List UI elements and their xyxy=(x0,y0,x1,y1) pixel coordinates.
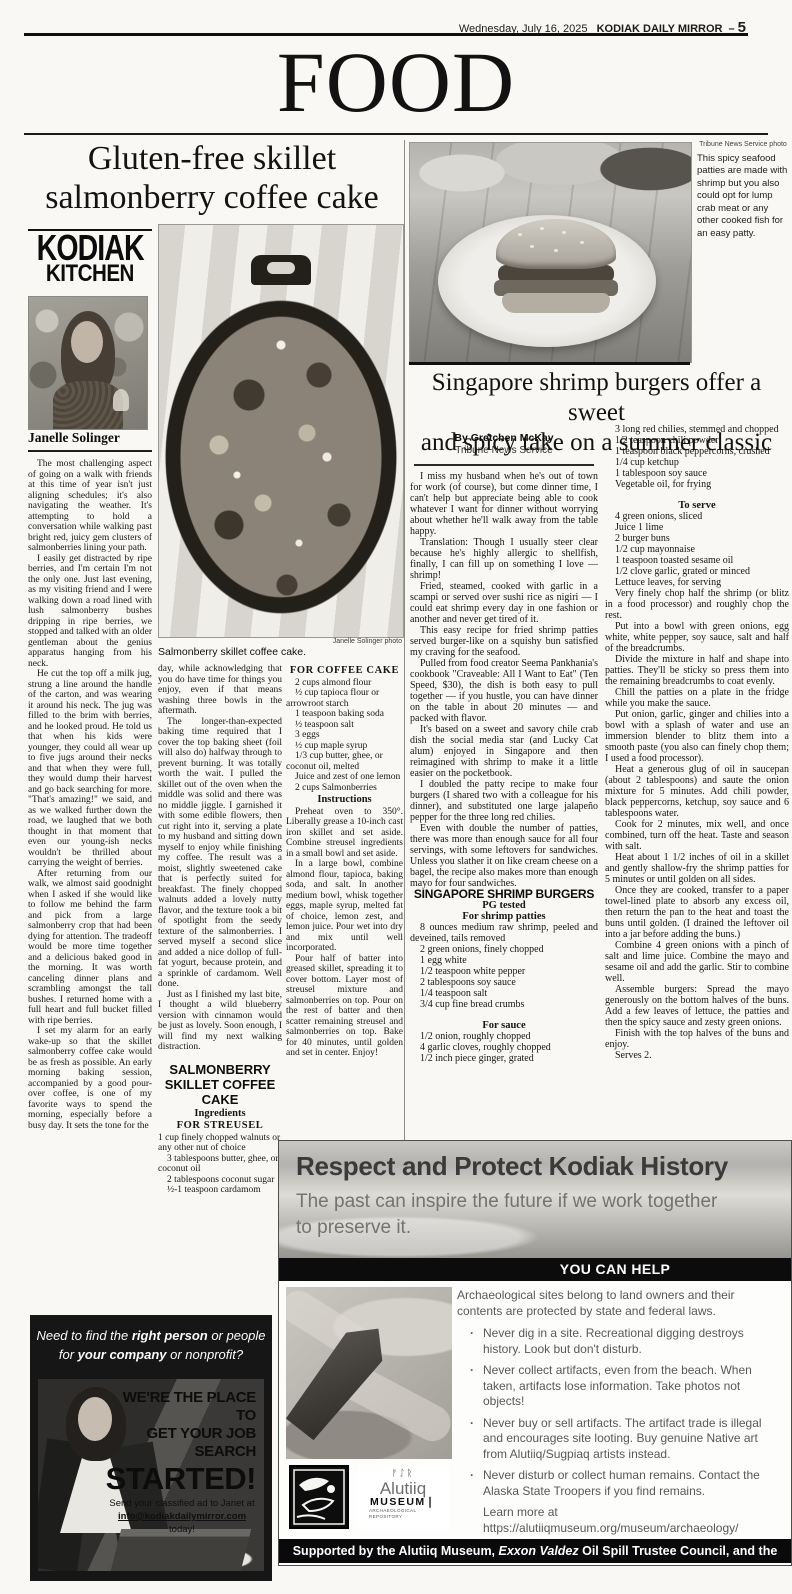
ingredient-line: 1/2 inch piece ginger, grated xyxy=(410,1053,598,1064)
section-title: FOOD xyxy=(0,34,792,130)
newspaper-page: Wednesday, July 16, 2025 KODIAK DAILY MI… xyxy=(0,0,792,1594)
body-paragraph: The most challenging aspect of going on … xyxy=(28,459,152,554)
ingredient-line: 1 teaspoon toasted sesame oil xyxy=(605,555,789,566)
body-paragraph: Finish with the top halves of the buns a… xyxy=(605,1028,789,1050)
body-paragraph: Translation: Though I usually steer clea… xyxy=(410,537,598,581)
job-headline-line: GET YOUR JOB SEARCH xyxy=(100,1425,256,1461)
author-name: Janelle Solinger xyxy=(28,430,152,446)
history-ad-bullet: Never dig in a site. Recreational diggin… xyxy=(483,1326,779,1357)
sauce-header: For sauce xyxy=(410,1020,598,1031)
shrimp-burger-photo xyxy=(409,142,692,363)
body-paragraph: Chill the patties on a plate in the frid… xyxy=(605,687,789,709)
ingredient-line: 3 tablespoons butter, ghee, or coconut o… xyxy=(158,1154,282,1175)
ingredient-line: 2 burger buns xyxy=(605,533,789,544)
sesame-seed-shape xyxy=(554,249,558,252)
ingredients-header: Ingredients xyxy=(158,1109,282,1120)
ingredient-line: 1/4 cup ketchup xyxy=(605,457,789,468)
left-article-headline: Gluten-free skillet salmonberry coffee c… xyxy=(22,139,402,217)
ingredient-line: 1/2 clove garlic, grated or minced xyxy=(605,566,789,577)
instruction-paragraph: Pour half of batter into greased skillet… xyxy=(286,954,403,1059)
body-paragraph: It's based on a sweet and savory chile c… xyxy=(410,724,598,779)
portrait-face-shape xyxy=(71,321,103,363)
body-paragraph: Heat about 1 1/2 inches of oil in a skil… xyxy=(605,852,789,885)
learn-more-url: https://alutiiqmuseum.org/museum/archaeo… xyxy=(483,1521,779,1537)
streusel-ingredient-list: 1 cup finely chopped walnuts or any othe… xyxy=(158,1133,282,1196)
author-rule xyxy=(28,450,152,452)
history-ad-bullet-list: Never dig in a site. Recreational diggin… xyxy=(457,1326,779,1499)
ingredient-line: Juice and zest of one lemon xyxy=(286,772,403,783)
job-headline-started: STARTED! xyxy=(100,1461,256,1497)
headline-line: Gluten-free skillet xyxy=(22,139,402,178)
alutiiq-logo-name: Alutiiq xyxy=(357,1481,449,1496)
history-ad-bullet: Never collect artifacts, even from the b… xyxy=(483,1363,779,1410)
body-paragraph: Put into a bowl with green onions, egg w… xyxy=(605,621,789,654)
ingredient-line: ½ teaspoon salt xyxy=(286,720,403,731)
arrowhead-photo xyxy=(286,1287,452,1459)
history-ad-text: Archaeological sites belong to land owne… xyxy=(457,1288,779,1536)
coffee-cake-header: FOR COFFEE CAKE xyxy=(286,666,403,677)
burger-photo-credit: Tribune News Service photo xyxy=(697,141,789,150)
alutiiq-logo-sub: REPOSITORY xyxy=(357,1514,449,1520)
patties-header: For shrimp patties xyxy=(410,911,598,922)
column-divider-rule xyxy=(404,140,405,1140)
skillet-photo-credit: Janelle Solinger photo xyxy=(158,638,402,645)
body-paragraph: Divide the mixture in half and shape int… xyxy=(605,654,789,687)
history-ad-intro: Archaeological sites belong to land owne… xyxy=(457,1288,779,1319)
ingredient-line: Lettuce leaves, for serving xyxy=(605,577,789,588)
alutiiq-woodcut-logo xyxy=(289,1465,349,1529)
left-article-column-2: day, while acknowledging that you do hav… xyxy=(158,664,282,1314)
body-paragraph: Cook for 2 minutes, mix well, and once c… xyxy=(605,819,789,852)
job-classified-ad: Need to find the right person or people … xyxy=(30,1315,272,1581)
skillet-photo-caption: Salmonberry skillet coffee cake. xyxy=(158,646,402,658)
kodiak-kitchen-logo: KODIAK KITCHEN xyxy=(28,233,152,285)
bottom-bun-shape xyxy=(502,293,610,313)
logo-line: KITCHEN xyxy=(46,261,134,285)
history-ad-banner: Respect and Protect Kodiak History The p… xyxy=(279,1141,791,1258)
portrait-glass-shape xyxy=(113,389,129,411)
ingredient-line: 1/4 teaspoon salt xyxy=(410,988,598,999)
you-can-help-bar: YOU CAN HELP xyxy=(279,1258,791,1281)
body-paragraph: I easily get distracted by ripe berries,… xyxy=(28,554,152,670)
burger-caption-column: Tribune News Service photo This spicy se… xyxy=(697,141,789,240)
job-ad-headline: WE'RE THE PLACE TO GET YOUR JOB SEARCH S… xyxy=(38,1379,264,1497)
left-article-column-1: The most challenging aspect of going on … xyxy=(28,459,152,1311)
body-paragraph: Combine 4 green onions with a pinch of s… xyxy=(605,940,789,984)
job-ad-inner-panel: WE'RE THE PLACE TO GET YOUR JOB SEARCH S… xyxy=(38,1379,264,1571)
shrimp-recipe-title: SINGAPORE SHRIMP BURGERS xyxy=(410,889,598,900)
ingredient-line: 1/2 cup mayonnaise xyxy=(605,544,789,555)
headline-line: Singapore shrimp burgers offer a sweet xyxy=(403,368,790,428)
ingredient-line: 3/4 cup fine bread crumbs xyxy=(410,999,598,1010)
ingredient-line: 8 ounces medium raw shrimp, peeled and d… xyxy=(410,922,598,944)
ingredient-line: Vegetable oil, for frying xyxy=(605,479,789,490)
ingredient-line: 2 tablespoons soy sauce xyxy=(410,977,598,988)
job-ad-question: Need to find the right person or people … xyxy=(30,1315,272,1364)
body-paragraph: Heat a generous glug of oil in saucepan … xyxy=(605,764,789,819)
ingredient-line: 2 cups Salmonberries xyxy=(286,783,403,794)
author-portrait-photo xyxy=(28,296,148,430)
ingredient-line: Juice 1 lime xyxy=(605,522,789,533)
woodcut-fish-art xyxy=(291,1467,347,1527)
body-paragraph: Fried, steamed, cooked with garlic in a … xyxy=(410,581,598,625)
history-ad-bullet: Never buy or sell artifacts. The artifac… xyxy=(483,1416,779,1463)
sesame-seed-shape xyxy=(530,245,534,248)
recipe-tested-label: PG tested xyxy=(410,900,598,911)
instruction-paragraph: In a large bowl, combine almond flour, t… xyxy=(286,859,403,954)
body-paragraph: Once they are cooked, transfer to a pape… xyxy=(605,885,789,940)
body-paragraph: Serves 2. xyxy=(605,1050,789,1061)
byline-block: By Gretchen McKay Tribune News Service xyxy=(410,432,598,457)
instructions-header: Instructions xyxy=(286,795,403,806)
ingredient-line: 2 cups almond flour xyxy=(286,678,403,689)
job-ad-question-line: for your company or nonprofit? xyxy=(30,1345,272,1364)
exxon-valdez-italic: Exxon Valdez xyxy=(499,1544,579,1558)
ingredient-line: ½ cup tapioca flour or arrowroot starch xyxy=(286,688,403,709)
ingredient-line: 3 long red chilies, stemmed and chopped xyxy=(605,424,789,435)
kodiak-history-ad: Respect and Protect Kodiak History The p… xyxy=(278,1140,792,1566)
sesame-seed-shape xyxy=(580,241,584,244)
ingredient-line: 1/2 onion, roughly chopped xyxy=(410,1031,598,1042)
body-paragraph: This easy recipe for fried shrimp pattie… xyxy=(410,625,598,658)
body-paragraph: Pulled from food creator Seema Pankhania… xyxy=(410,658,598,724)
alutiiq-logo-museum: MUSEUM❘ xyxy=(357,1496,449,1508)
cta-line: Send your classified ad to Janet at xyxy=(106,1497,258,1510)
body-paragraph: Put onion, garlic, ginger and chilies in… xyxy=(605,709,789,764)
streusel-header: FOR STREUSEL xyxy=(158,1121,282,1132)
instruction-paragraph: Preheat oven to 350°. Liberally grease a… xyxy=(286,807,403,860)
learn-more-label: Learn more at xyxy=(483,1505,779,1521)
email-address: info@kodiakdailymirror.com xyxy=(118,1511,246,1522)
history-ad-bullet: Never disturb or collect human remains. … xyxy=(483,1468,779,1499)
ingredient-line: 1 tablespoon soy sauce xyxy=(605,468,789,479)
history-ad-title: Respect and Protect Kodiak History xyxy=(296,1151,791,1182)
ingredient-line: 1/3 cup butter, ghee, or coconut oil, me… xyxy=(286,751,403,772)
ingredient-line: 1/2 teaspoon white pepper xyxy=(410,966,598,977)
byline-org: Tribune News Service xyxy=(410,445,598,457)
ingredient-line: 4 garlic cloves, roughly chopped xyxy=(410,1042,598,1053)
ingredient-line: ½ cup maple syrup xyxy=(286,741,403,752)
skillet-handle-shape xyxy=(251,255,311,285)
sesame-seed-shape xyxy=(562,231,566,234)
ingredient-line: 2 tablespoons coconut sugar xyxy=(158,1175,282,1186)
body-paragraph: I miss my husband when he's out of town … xyxy=(410,471,598,537)
recipe-title: SALMONBERRY SKILLET COFFEE CAKE xyxy=(158,1062,282,1107)
byline-author: By Gretchen McKay xyxy=(410,432,598,445)
body-paragraph: After returning from our walk, we almost… xyxy=(28,869,152,1027)
ingredient-line: 4 green onions, sliced xyxy=(605,511,789,522)
byline-rule xyxy=(414,464,594,466)
history-ad-footer: Supported by the Alutiiq Museum, Exxon V… xyxy=(279,1539,791,1563)
body-paragraph: The longer-than-expected baking time req… xyxy=(158,717,282,990)
headline-line: salmonberry coffee cake xyxy=(22,178,402,217)
body-paragraph: day, while acknowledging that you do hav… xyxy=(158,664,282,717)
history-ad-subtitle: The past can inspire the future if we wo… xyxy=(296,1189,726,1241)
ingredient-line: 1 teaspoon black peppercorns, crushed xyxy=(605,446,789,457)
body-paragraph: He cut the top off a milk jug, strung a … xyxy=(28,669,152,869)
body-paragraph: Very finely chop half the shrimp (or bli… xyxy=(605,588,789,621)
history-ad-body: ᚠᛇᚱ Alutiiq MUSEUM❘ ARCHAEOLOGICAL REPOS… xyxy=(279,1281,791,1539)
right-article-column-a: I miss my husband when he's out of town … xyxy=(410,471,598,1233)
sesame-seed-shape xyxy=(518,233,522,236)
body-paragraph: I doubled the patty recipe to make four … xyxy=(410,779,598,823)
ingredient-line: 1/2 teaspoon chili powder xyxy=(605,435,789,446)
alutiiq-museum-logo: ᚠᛇᚱ Alutiiq MUSEUM❘ ARCHAEOLOGICAL REPOS… xyxy=(357,1465,449,1529)
job-ad-cta: Send your classified ad to Janet at info… xyxy=(106,1497,258,1536)
body-paragraph: Even with double the number of patties, … xyxy=(410,823,598,889)
body-paragraph: I set my alarm for an early wake-up so t… xyxy=(28,1026,152,1131)
to-serve-header: To serve xyxy=(605,500,789,511)
ingredient-line: 3 eggs xyxy=(286,730,403,741)
section-rule xyxy=(24,133,768,135)
cake-ingredient-list: 2 cups almond flour½ cup tapioca flour o… xyxy=(286,678,403,794)
ingredient-line: 1 cup finely chopped walnuts or any othe… xyxy=(158,1133,282,1154)
skillet-coffee-cake-photo xyxy=(158,224,404,638)
body-paragraph: Assemble burgers: Spread the mayo genero… xyxy=(605,984,789,1028)
right-article-column-b: 3 long red chilies, stemmed and chopped1… xyxy=(605,424,789,1233)
right-article-headline-rule xyxy=(409,362,690,365)
burger-photo-caption: This spicy seafood patties are made with… xyxy=(697,153,789,241)
job-headline-line: WE'RE THE PLACE TO xyxy=(100,1389,256,1425)
job-ad-question-line: Need to find the right person or people xyxy=(30,1326,272,1345)
cta-line: info@kodiakdailymirror.com today! xyxy=(106,1510,258,1536)
ingredient-line: ½-1 teaspoon cardamom xyxy=(158,1185,282,1196)
ingredient-line: 1 teaspoon baking soda xyxy=(286,709,403,720)
sesame-seed-shape xyxy=(540,227,544,230)
body-paragraph: Just as I finished my last bite, I thoug… xyxy=(158,990,282,1053)
ingredient-line: 1 egg white xyxy=(410,955,598,966)
ingredient-line: 2 green onions, finely chopped xyxy=(410,944,598,955)
